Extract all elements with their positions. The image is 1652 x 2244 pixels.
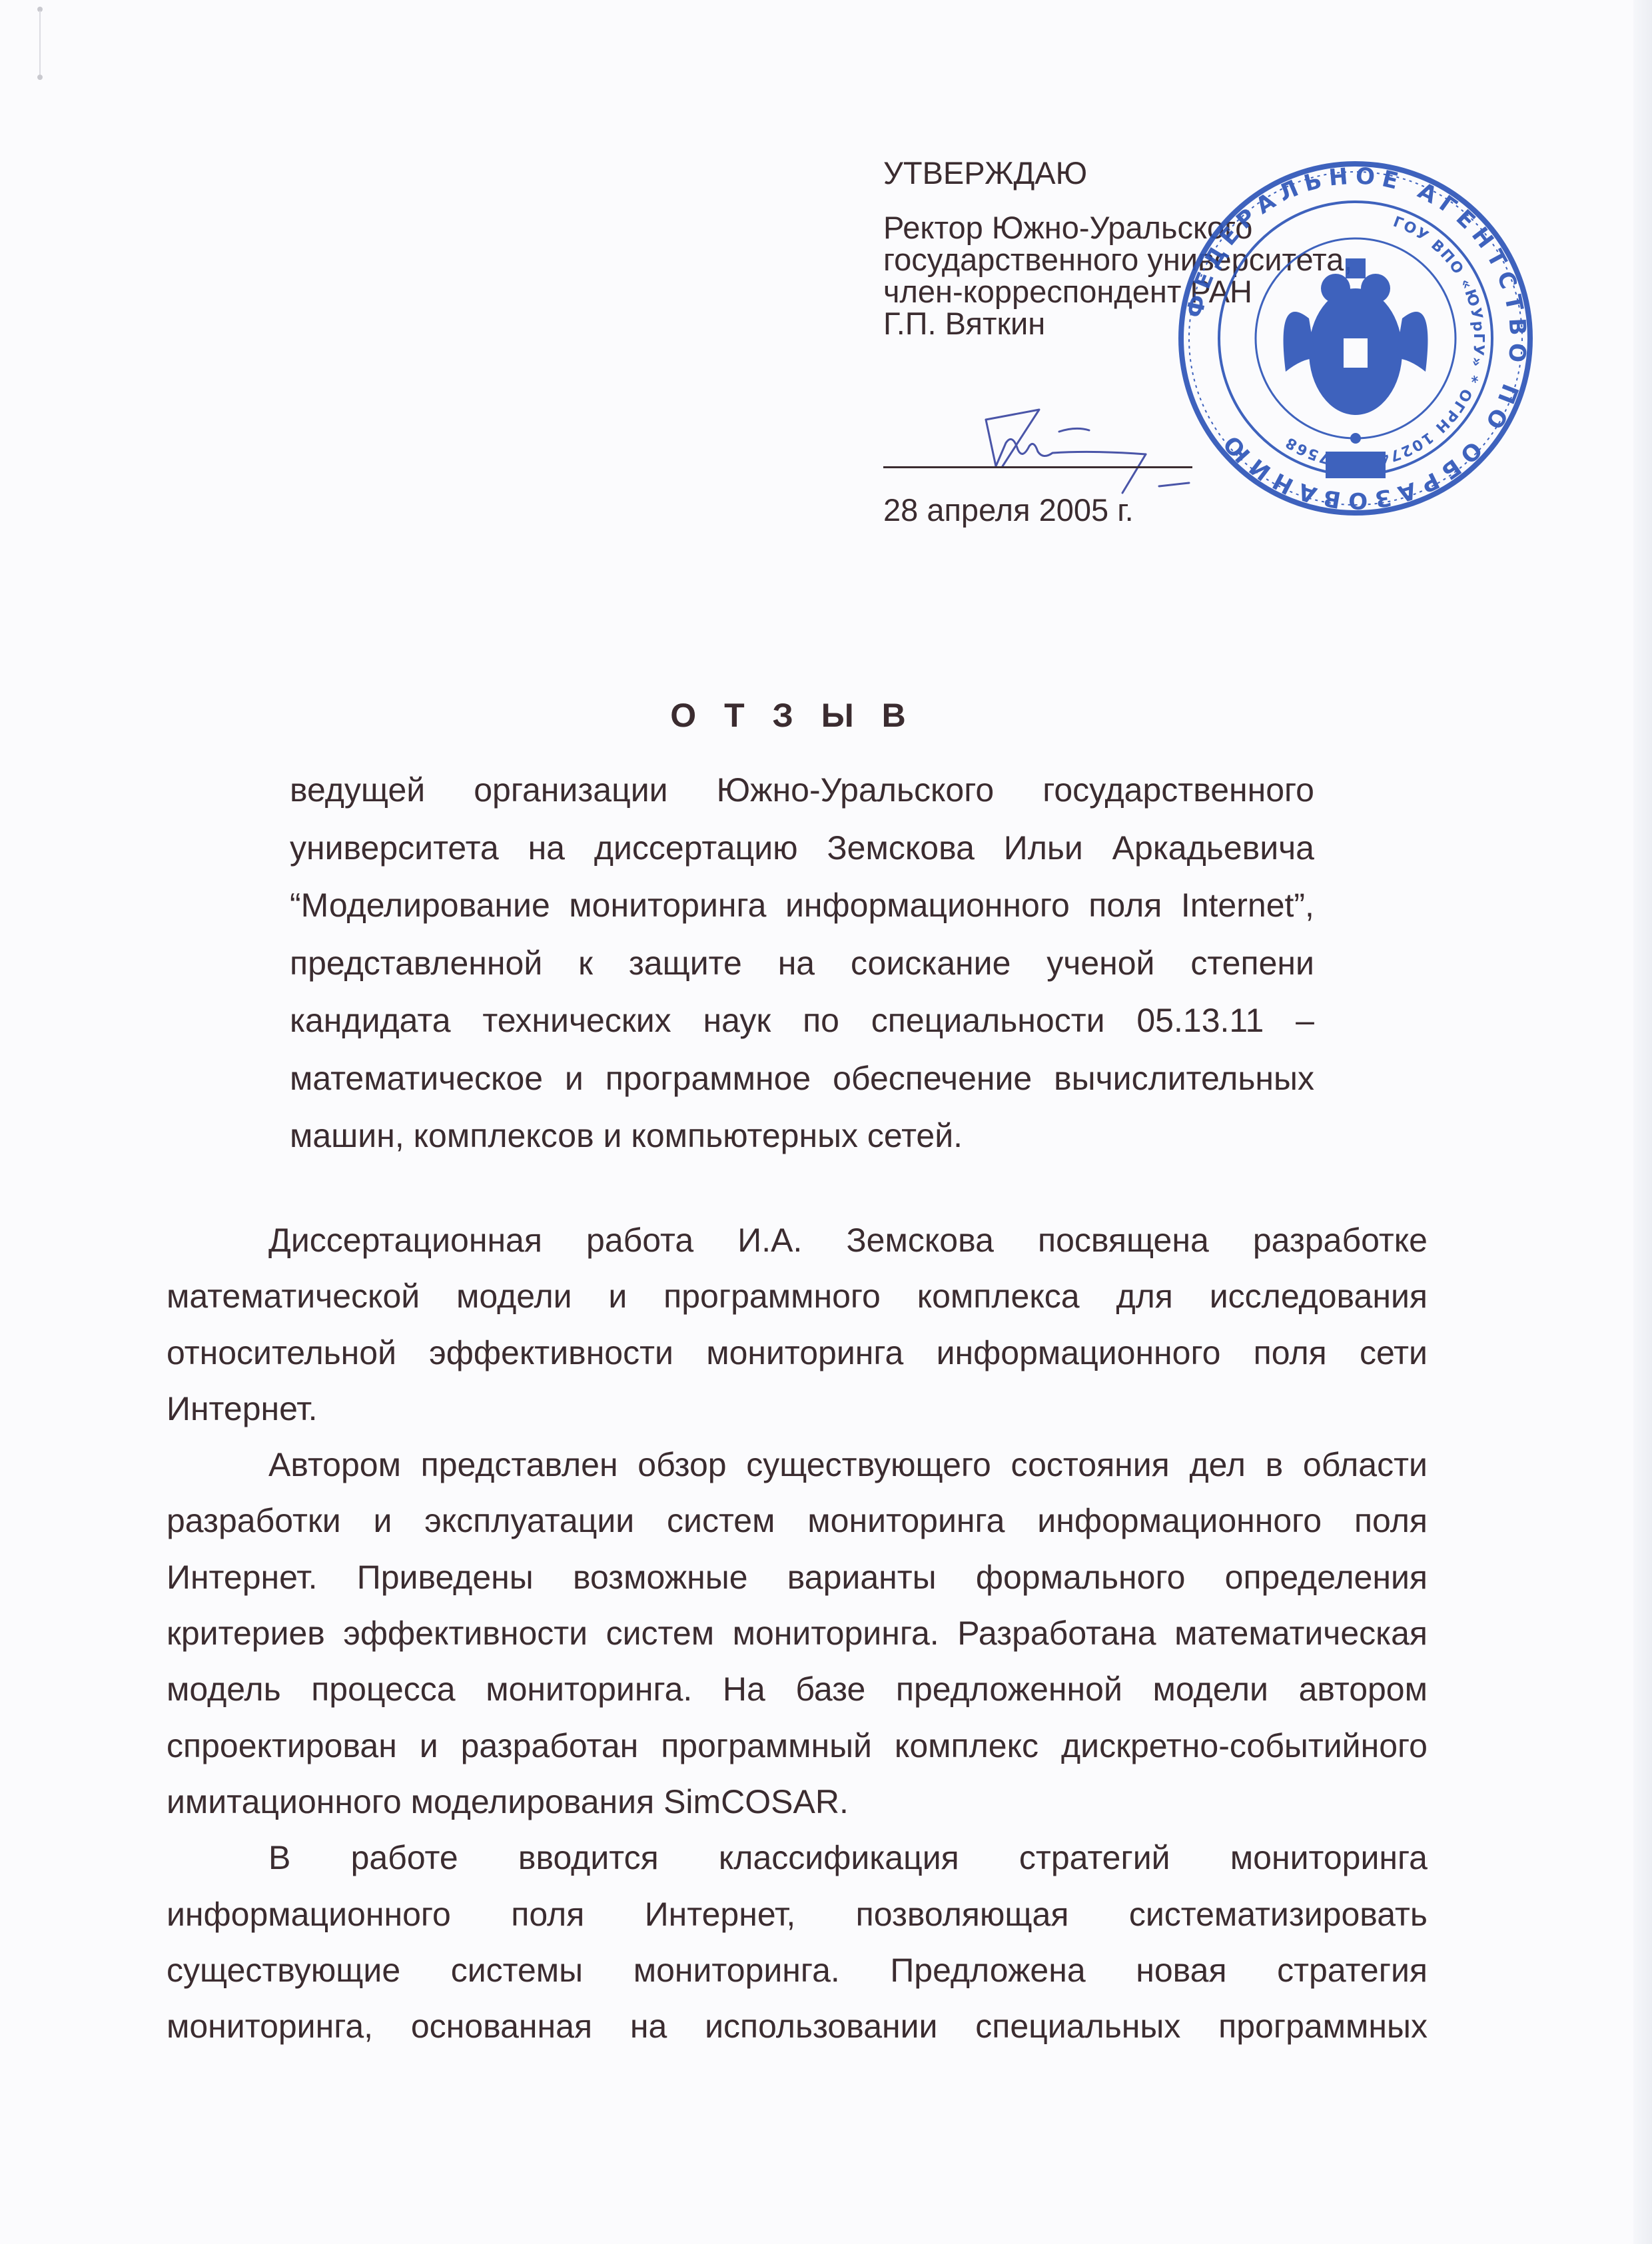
paragraph-2: Авторомпредставленобзорсуществующегосост… xyxy=(167,1437,1428,1830)
body-line: существующиесистемымониторинга.Предложен… xyxy=(167,1942,1428,1998)
subtitle-line: представленнойкзащитенасоисканиеученойст… xyxy=(290,935,1314,992)
body-line: критериевэффективностисистеммониторинга.… xyxy=(167,1605,1428,1661)
subtitle-line: математическоеипрограммноеобеспечениевыч… xyxy=(290,1050,1314,1108)
subtitle-line: “Моделированиемониторингаинформационного… xyxy=(290,877,1314,935)
document-body: ДиссертационнаяработаИ.А.Земсковапосвяще… xyxy=(167,1212,1428,2054)
body-line: имитационного моделирования SimCOSAR. xyxy=(167,1774,1428,1830)
body-line: информационногополяИнтернет,позволяющаяс… xyxy=(167,1886,1428,1942)
scan-edge-shadow xyxy=(1633,0,1652,2244)
body-line: спроектированиразработанпрограммныйкомпл… xyxy=(167,1718,1428,1774)
subtitle-line: ведущейорганизацииЮжно-Уральскогогосудар… xyxy=(290,761,1314,819)
signature-line xyxy=(883,466,1192,468)
subtitle-line: машин, комплексов и компьютерных сетей. xyxy=(290,1107,1314,1165)
subtitle-line: кандидататехническихнаукпоспециальности0… xyxy=(290,992,1314,1050)
body-line: математическоймоделиипрограммногокомплек… xyxy=(167,1268,1428,1324)
document-title: О Т З Ы В xyxy=(0,696,1585,735)
body-line: ДиссертационнаяработаИ.А.Земсковапосвяще… xyxy=(167,1212,1428,1268)
body-line: мониторинга,основаннаянаиспользованииспе… xyxy=(167,1998,1428,2054)
document-subtitle: ведущейорганизацииЮжно-Уральскогогосудар… xyxy=(290,761,1314,1165)
body-line: Вработевводитсяклассификациястратегиймон… xyxy=(167,1830,1428,1886)
signature-icon xyxy=(959,393,1212,506)
body-line: Авторомпредставленобзорсуществующегосост… xyxy=(167,1437,1428,1493)
document-page: УТВЕРЖДАЮ Ректор Южно-Уральского государ… xyxy=(0,0,1652,2244)
subtitle-line: университетанадиссертациюЗемсковаИльиАрк… xyxy=(290,819,1314,877)
staple-mark-icon xyxy=(39,7,41,80)
body-line: Интернет. xyxy=(167,1381,1428,1437)
body-line: Интернет.Приведенывозможныевариантыформа… xyxy=(167,1549,1428,1605)
official-seal-icon: ФЕДЕРАЛЬНОЕ АГЕНТСТВО ПО ОБРАЗОВАНИЮ ГОУ… xyxy=(1176,159,1535,518)
body-line: модельпроцессамониторинга.Набазепредложе… xyxy=(167,1661,1428,1717)
paragraph-1: ДиссертационнаяработаИ.А.Земсковапосвяще… xyxy=(167,1212,1428,1437)
body-line: относительнойэффективностимониторингаинф… xyxy=(167,1325,1428,1381)
approval-date: 28 апреля 2005 г. xyxy=(883,492,1134,528)
body-line: разработкииэксплуатациисистеммониторинга… xyxy=(167,1493,1428,1549)
paragraph-3: Вработевводитсяклассификациястратегиймон… xyxy=(167,1830,1428,2054)
